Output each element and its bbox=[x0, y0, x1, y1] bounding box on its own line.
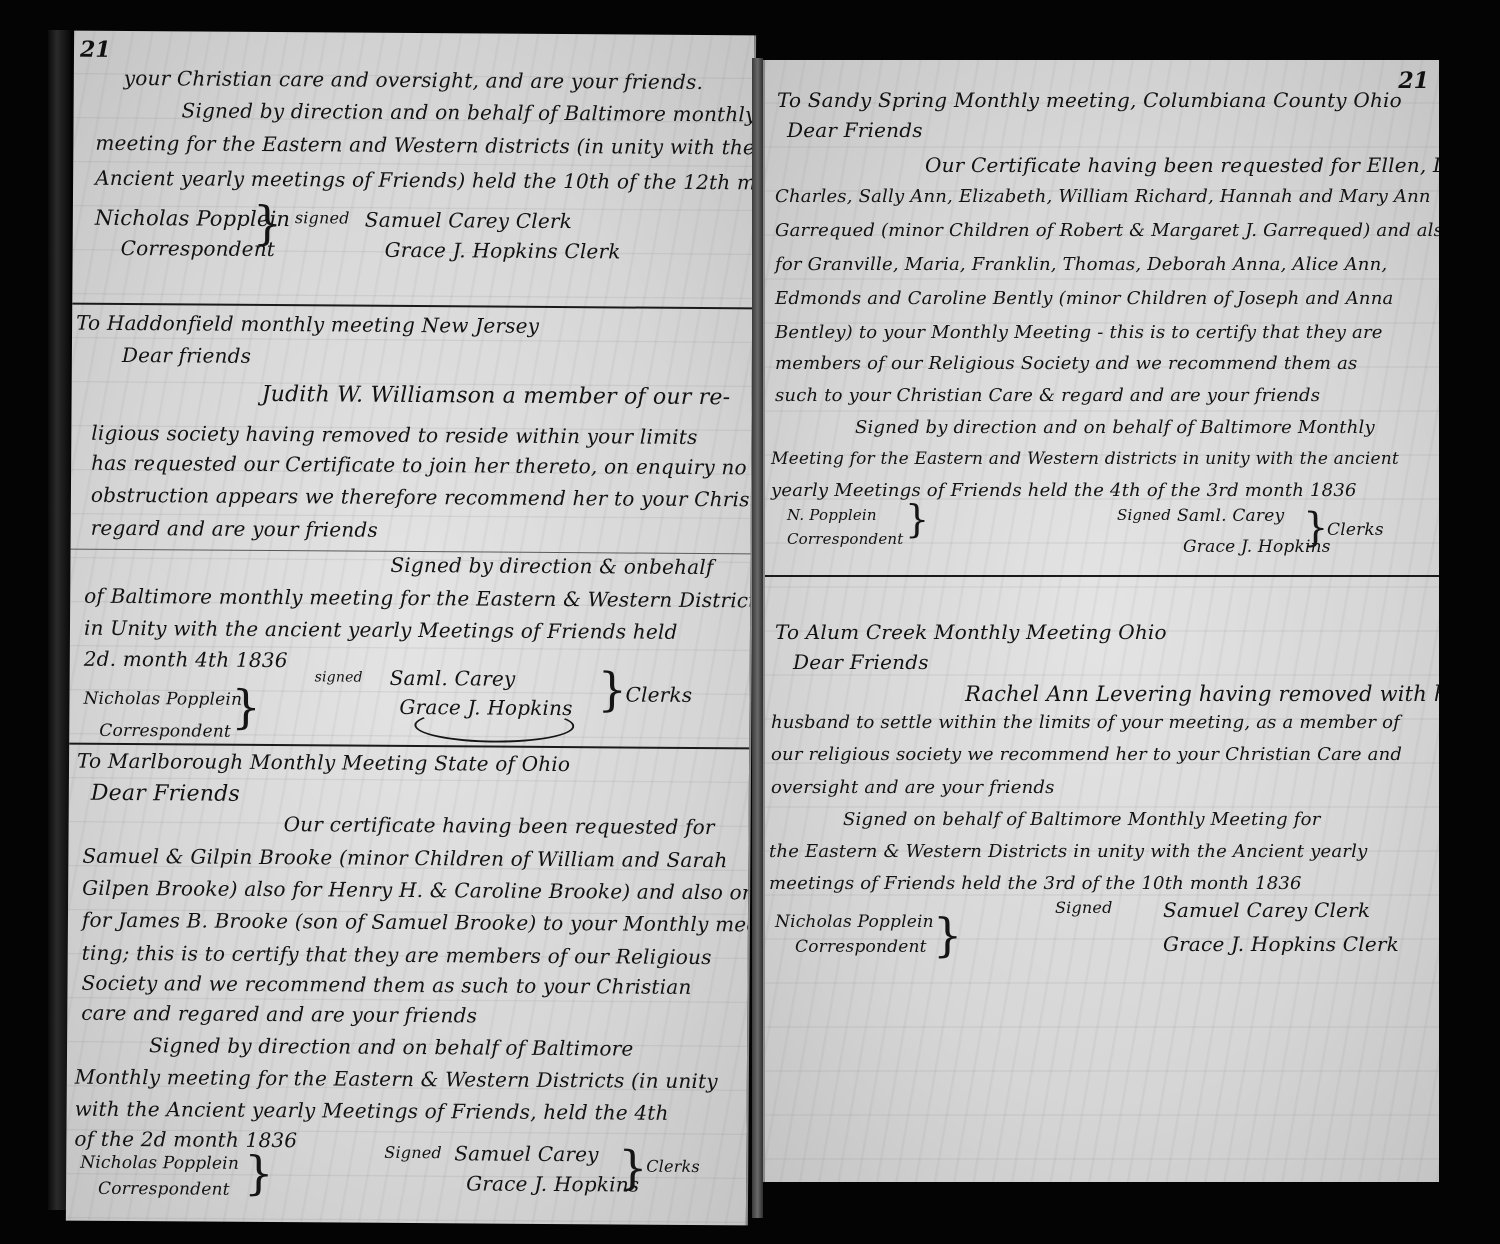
right-page: 21 To Sandy Spring Monthly meeting, Colu… bbox=[763, 60, 1439, 1182]
clerk-signature: Samuel Carey Clerk bbox=[365, 208, 572, 233]
signed-label: Signed bbox=[1117, 506, 1171, 524]
text-line: Bentley) to your Monthly Meeting - this … bbox=[775, 322, 1383, 343]
correspondent-title: Correspondent bbox=[795, 937, 927, 957]
correspondent-name: N. Popplein bbox=[787, 506, 877, 524]
text-line: oversight and are your friends bbox=[771, 777, 1055, 798]
page-gutter bbox=[752, 58, 763, 1218]
brace-icon: } bbox=[244, 1150, 274, 1196]
clerk-label: Clerks bbox=[625, 682, 692, 706]
correspondent-name: Nicholas Popplein bbox=[80, 1153, 239, 1174]
entry-haddonfield: To Haddonfield monthly meeting New Jerse… bbox=[74, 31, 754, 36]
text-line: Gilpen Brooke) also for Henry H. & Carol… bbox=[82, 876, 756, 905]
scan-stage: 21 your Christian care and oversight, an… bbox=[0, 0, 1500, 1244]
brace-icon: } bbox=[933, 912, 962, 958]
brace-icon: } bbox=[618, 1144, 648, 1190]
clerk-signature: Saml. Carey bbox=[390, 666, 516, 691]
signed-label: Signed bbox=[1055, 898, 1113, 917]
text-line: regard and are your friends bbox=[91, 516, 378, 542]
correspondent-name: Nicholas Popplein bbox=[83, 689, 242, 710]
clerk-signature: Grace J. Hopkins Clerk bbox=[1163, 932, 1399, 956]
text-line: Signed on behalf of Baltimore Monthly Me… bbox=[843, 809, 1321, 830]
text-line: Judith W. Williamson a member of our re- bbox=[262, 382, 731, 410]
address-line: To Haddonfield monthly meeting New Jerse… bbox=[76, 311, 539, 338]
text-line: obstruction appears we therefore recomme… bbox=[91, 483, 756, 512]
section-divider bbox=[765, 575, 1439, 577]
text-line: in Unity with the ancient yearly Meeting… bbox=[84, 616, 678, 644]
clerk-signature: Saml. Carey bbox=[1177, 506, 1284, 526]
left-page: 21 your Christian care and oversight, an… bbox=[66, 31, 756, 1226]
section-divider bbox=[72, 303, 754, 310]
text-line: Edmonds and Caroline Bently (minor Child… bbox=[775, 288, 1393, 309]
clerk-label: Clerks bbox=[646, 1157, 700, 1176]
text-line: Rachel Ann Levering having removed with … bbox=[965, 682, 1439, 706]
page-number: 21 bbox=[1398, 68, 1429, 94]
text-line: of Baltimore monthly meeting for the Eas… bbox=[84, 584, 756, 613]
signature-flourish bbox=[414, 708, 574, 743]
text-line: Our Certificate having been requested fo… bbox=[925, 153, 1439, 177]
text-line: Signed by direction & onbehalf bbox=[390, 553, 713, 579]
correspondent-title: Correspondent bbox=[98, 1179, 230, 1200]
text-line: with the Ancient yearly Meetings of Frie… bbox=[75, 1097, 669, 1125]
correspondent-title: Correspondent bbox=[787, 530, 903, 548]
clerk-signature: Grace J. Hopkins Clerk bbox=[385, 238, 621, 264]
correspondent-name: Nicholas Popplein bbox=[775, 912, 934, 932]
clerk-signature: Samuel Carey Clerk bbox=[1163, 898, 1370, 922]
page-number: 21 bbox=[80, 37, 111, 63]
text-line: the Eastern & Western Districts in unity… bbox=[769, 841, 1367, 862]
salutation: Dear Friends bbox=[793, 650, 929, 674]
entry-haddonfield-signoff: of Baltimore monthly meeting for the Eas… bbox=[74, 31, 754, 36]
salutation: Dear Friends bbox=[91, 781, 240, 807]
text-line: Meeting for the Eastern and Western dist… bbox=[771, 449, 1399, 469]
clerk-signature: Samuel Carey bbox=[454, 1141, 599, 1166]
brace-icon: } bbox=[597, 666, 627, 712]
entry-continuation: your Christian care and oversight, and a… bbox=[74, 31, 754, 36]
text-line: for James B. Brooke (son of Samuel Brook… bbox=[82, 908, 756, 937]
text-line: for Granville, Maria, Franklin, Thomas, … bbox=[775, 254, 1387, 275]
brace-icon: } bbox=[1303, 508, 1328, 548]
text-line: meeting for the Eastern and Western dist… bbox=[95, 131, 755, 160]
text-line: Monthly meeting for the Eastern & Wester… bbox=[75, 1065, 718, 1093]
clerk-signature: Grace J. Hopkins bbox=[466, 1171, 639, 1196]
text-line: Ancient yearly meetings of Friends) held… bbox=[95, 166, 756, 195]
text-line: Samuel & Gilpin Brooke (minor Children o… bbox=[82, 844, 727, 873]
text-line: your Christian care and oversight, and a… bbox=[124, 66, 703, 94]
salutation: Dear friends bbox=[122, 343, 251, 368]
signed-label: Signed bbox=[384, 1143, 442, 1162]
address-line: To Alum Creek Monthly Meeting Ohio bbox=[775, 620, 1167, 644]
entry-marlborough: To Marlborough Monthly Meeting State of … bbox=[74, 31, 754, 36]
brace-icon: } bbox=[253, 200, 283, 246]
text-line: yearly Meetings of Friends held the 4th … bbox=[771, 480, 1357, 501]
text-line: husband to settle within the limits of y… bbox=[771, 712, 1400, 733]
text-line: such to your Christian Care & regard and… bbox=[775, 385, 1320, 406]
text-line: Signed by direction and on behalf of Bal… bbox=[855, 417, 1375, 438]
signed-label: signed bbox=[295, 208, 350, 227]
text-line: meetings of Friends held the 3rd of the … bbox=[769, 873, 1302, 894]
text-line: our religious society we recommend her t… bbox=[771, 744, 1402, 765]
text-line: members of our Religious Society and we … bbox=[775, 353, 1357, 374]
signed-label: signed bbox=[315, 669, 363, 685]
text-line: Garrequed (minor Children of Robert & Ma… bbox=[775, 220, 1439, 241]
text-line: Charles, Sally Ann, Elizabeth, William R… bbox=[775, 186, 1431, 207]
address-line: To Sandy Spring Monthly meeting, Columbi… bbox=[777, 88, 1402, 112]
text-line: care and regared and are your friends bbox=[81, 1001, 477, 1028]
text-line: Our certificate having been requested fo… bbox=[284, 812, 715, 839]
text-line: Society and we recommend them as such to… bbox=[81, 971, 691, 999]
salutation: Dear Friends bbox=[787, 118, 923, 142]
brace-icon: } bbox=[905, 500, 929, 538]
text-line: Signed by direction and on behalf of Bal… bbox=[182, 98, 757, 126]
address-line: To Marlborough Monthly Meeting State of … bbox=[77, 749, 570, 776]
text-line: ligious society having removed to reside… bbox=[91, 421, 697, 449]
text-line: ting; this is to certify that they are m… bbox=[82, 941, 712, 969]
brace-icon: } bbox=[231, 684, 261, 730]
text-line: Signed by direction and on behalf of Bal… bbox=[149, 1033, 634, 1060]
correspondent-title: Correspondent bbox=[99, 721, 231, 742]
clerk-label: Clerks bbox=[1327, 520, 1384, 540]
text-line: has requested our Certificate to join he… bbox=[91, 451, 747, 480]
text-line: 2d. month 4th 1836 bbox=[84, 647, 288, 672]
